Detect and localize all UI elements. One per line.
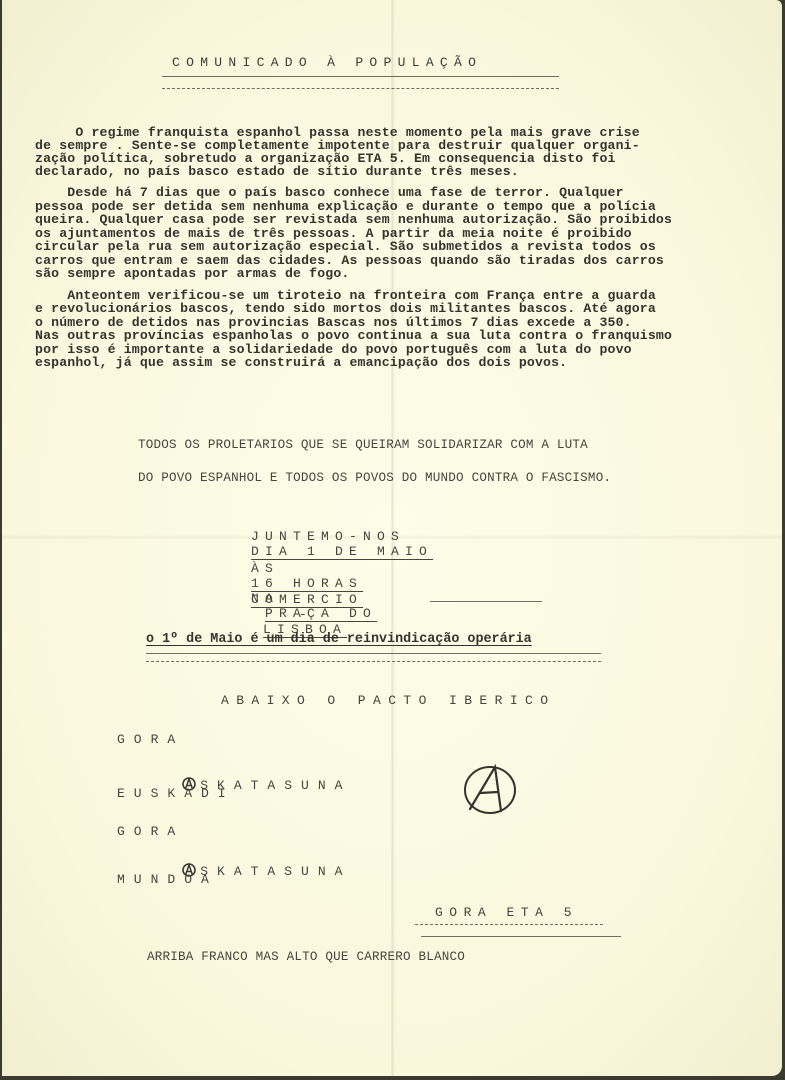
euskadi: EUSKADI: [117, 786, 235, 801]
paragraph-line: declarado, no país basco estado de sítio…: [35, 165, 519, 178]
juntemo-nos: JUNTEMO-NOS: [251, 529, 405, 544]
call-line-1: TODOS OS PROLETARIOS QUE SE QUEIRAM SOLI…: [138, 438, 588, 452]
paragraph-line: queira. Qualquer casa pode ser revistada…: [35, 213, 672, 226]
paragraph-line: circular pela rua sem autorização especi…: [35, 240, 656, 253]
gora-1: GORA: [117, 732, 184, 747]
leaflet-page: COMUNICADO À POPULAÇÃO O regime franquis…: [2, 0, 782, 1076]
abaixo-slogan: ABAIXO O PACTO IBERICO: [221, 693, 555, 708]
paragraph-line: e revolucionários bascos, tendo sido mor…: [35, 302, 656, 315]
paragraph-line: espanhol, já que assim se construirá a e…: [35, 356, 567, 369]
title-underline-1: [162, 76, 559, 77]
may-underline-1: [146, 653, 601, 654]
place-2: COMERCIO: [251, 592, 363, 607]
may-day-line: o 1º de Maio é um dia de reinvindicação …: [146, 632, 532, 647]
document-title: COMUNICADO À POPULAÇÃO: [172, 55, 482, 70]
gora-eta: GORA ETA 5: [435, 905, 578, 920]
gora-eta-underline-1: [415, 924, 603, 925]
gora-2: GORA: [117, 824, 184, 839]
may-underline-2: [146, 661, 601, 662]
paragraph-line: são sempre apontadas por armas de fogo.: [35, 267, 350, 280]
paragraph-line: Desde há 7 dias que o país basco conhece…: [35, 186, 624, 199]
dash: -: [299, 607, 313, 622]
title-underline-2: [162, 88, 559, 89]
lisboa-underline: [430, 601, 542, 602]
gora-eta-underline-2: [421, 936, 621, 937]
as: ÀS: [251, 561, 279, 576]
arriba-line: ARRIBA FRANCO MAS ALTO QUE CARRERO BLANC…: [147, 950, 465, 964]
askatasuna-2: SKATASUNA: [115, 848, 351, 894]
askatasuna-1: SKATASUNA: [115, 762, 351, 808]
mundoa: MUNDOA: [117, 872, 218, 887]
paragraph-line: Nas outras províncias espanholas o povo …: [35, 329, 672, 342]
anarchy-symbol-icon: [462, 763, 520, 817]
call-line-2: DO POVO ESPANHOL E TODOS OS POVOS DO MUN…: [138, 471, 611, 485]
